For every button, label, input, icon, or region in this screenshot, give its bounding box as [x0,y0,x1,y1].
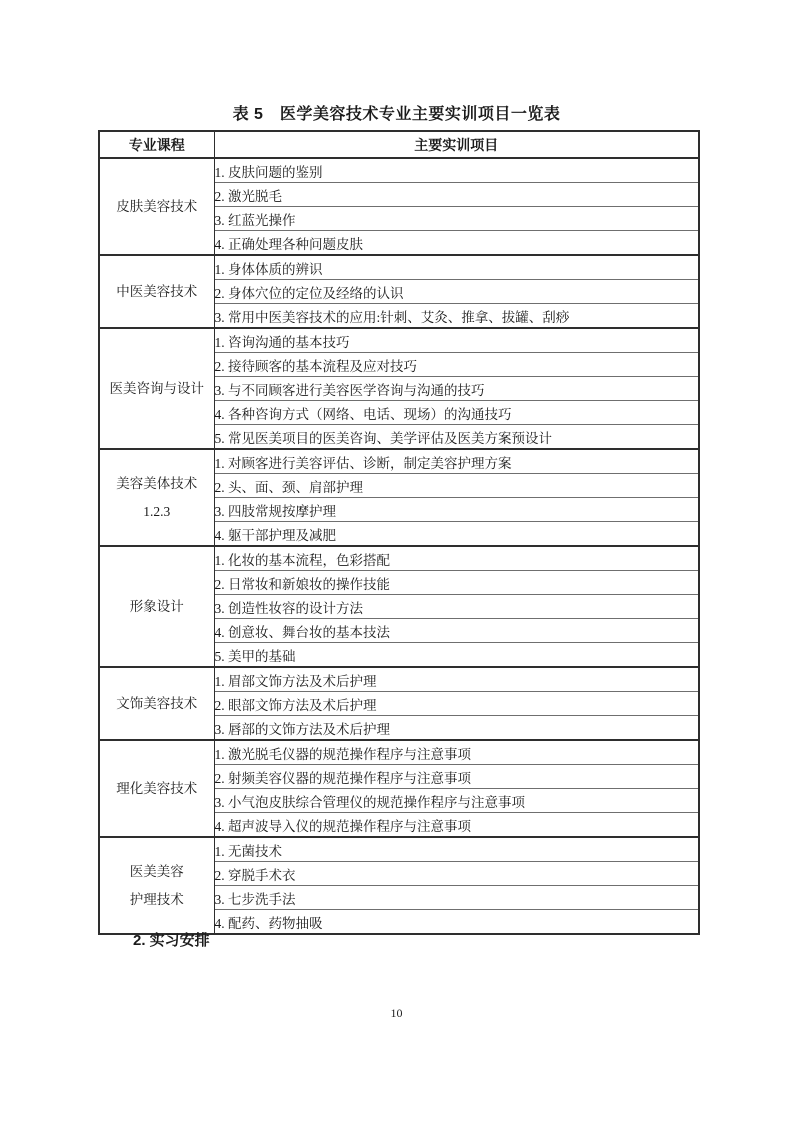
training-project-cell: 3. 创造性妆容的设计方法 [214,595,699,619]
training-project-cell: 4. 正确处理各种问题皮肤 [214,231,699,256]
training-project-cell: 3. 常用中医美容技术的应用:针刺、艾灸、推拿、拔罐、刮痧 [214,304,699,329]
table-body: 皮肤美容技术1. 皮肤问题的鉴别2. 激光脱毛3. 红蓝光操作4. 正确处理各种… [99,158,699,934]
course-name-cell: 理化美容技术 [99,740,214,837]
training-project-cell: 1. 激光脱毛仪器的规范操作程序与注意事项 [214,740,699,765]
training-project-cell: 2. 身体穴位的定位及经络的认识 [214,280,699,304]
training-project-cell: 3. 小气泡皮肤综合管理仪的规范操作程序与注意事项 [214,789,699,813]
course-name-cell: 皮肤美容技术 [99,158,214,255]
training-project-cell: 2. 射频美容仪器的规范操作程序与注意事项 [214,765,699,789]
table-row: 医美美容护理技术1. 无菌技术 [99,837,699,862]
course-name-cell: 中医美容技术 [99,255,214,328]
training-projects-table: 专业课程 主要实训项目 皮肤美容技术1. 皮肤问题的鉴别2. 激光脱毛3. 红蓝… [98,130,700,935]
training-project-cell: 2. 接待顾客的基本流程及应对技巧 [214,353,699,377]
table-row: 中医美容技术1. 身体体质的辨识 [99,255,699,280]
table-title: 表 5 医学美容技术专业主要实训项目一览表 [0,101,793,124]
course-name-cell: 形象设计 [99,546,214,667]
training-project-cell: 3. 七步洗手法 [214,886,699,910]
course-name-cell: 美容美体技术1.2.3 [99,449,214,546]
training-project-cell: 2. 头、面、颈、肩部护理 [214,474,699,498]
table-row: 形象设计1. 化妆的基本流程，色彩搭配 [99,546,699,571]
table-row: 皮肤美容技术1. 皮肤问题的鉴别 [99,158,699,183]
training-project-cell: 1. 化妆的基本流程，色彩搭配 [214,546,699,571]
column-header-course: 专业课程 [99,131,214,158]
training-project-cell: 2. 日常妆和新娘妆的操作技能 [214,571,699,595]
document-page: 表 5 医学美容技术专业主要实训项目一览表 专业课程 主要实训项目 皮肤美容技术… [0,0,793,1122]
training-project-cell: 4. 躯干部护理及减肥 [214,522,699,547]
training-project-cell: 3. 与不同顾客进行美容医学咨询与沟通的技巧 [214,377,699,401]
table-row: 医美咨询与设计1. 咨询沟通的基本技巧 [99,328,699,353]
training-project-cell: 4. 各种咨询方式（网络、电话、现场）的沟通技巧 [214,401,699,425]
training-project-cell: 1. 皮肤问题的鉴别 [214,158,699,183]
training-project-cell: 2. 穿脱手术衣 [214,862,699,886]
training-project-cell: 5. 美甲的基础 [214,643,699,668]
table-row: 理化美容技术1. 激光脱毛仪器的规范操作程序与注意事项 [99,740,699,765]
training-project-cell: 4. 配药、药物抽吸 [214,910,699,935]
training-project-cell: 2. 激光脱毛 [214,183,699,207]
table-header-row: 专业课程 主要实训项目 [99,131,699,158]
course-name-cell: 文饰美容技术 [99,667,214,740]
training-project-cell: 1. 身体体质的辨识 [214,255,699,280]
table-row: 美容美体技术1.2.31. 对顾客进行美容评估、诊断，制定美容护理方案 [99,449,699,474]
training-project-cell: 5. 常见医美项目的医美咨询、美学评估及医美方案预设计 [214,425,699,450]
course-name-cell: 医美咨询与设计 [99,328,214,449]
table-row: 文饰美容技术1. 眉部文饰方法及术后护理 [99,667,699,692]
training-project-cell: 3. 唇部的文饰方法及术后护理 [214,716,699,741]
column-header-projects: 主要实训项目 [214,131,699,158]
training-project-cell: 1. 咨询沟通的基本技巧 [214,328,699,353]
training-project-cell: 1. 眉部文饰方法及术后护理 [214,667,699,692]
training-project-cell: 4. 创意妆、舞台妆的基本技法 [214,619,699,643]
section-heading-internship: 2. 实习安排 [133,929,210,950]
page-number: 10 [0,1006,793,1021]
training-project-cell: 3. 红蓝光操作 [214,207,699,231]
training-project-cell: 4. 超声波导入仪的规范操作程序与注意事项 [214,813,699,838]
training-project-cell: 1. 无菌技术 [214,837,699,862]
course-name-cell: 医美美容护理技术 [99,837,214,934]
training-project-cell: 3. 四肢常规按摩护理 [214,498,699,522]
training-project-cell: 1. 对顾客进行美容评估、诊断，制定美容护理方案 [214,449,699,474]
training-project-cell: 2. 眼部文饰方法及术后护理 [214,692,699,716]
